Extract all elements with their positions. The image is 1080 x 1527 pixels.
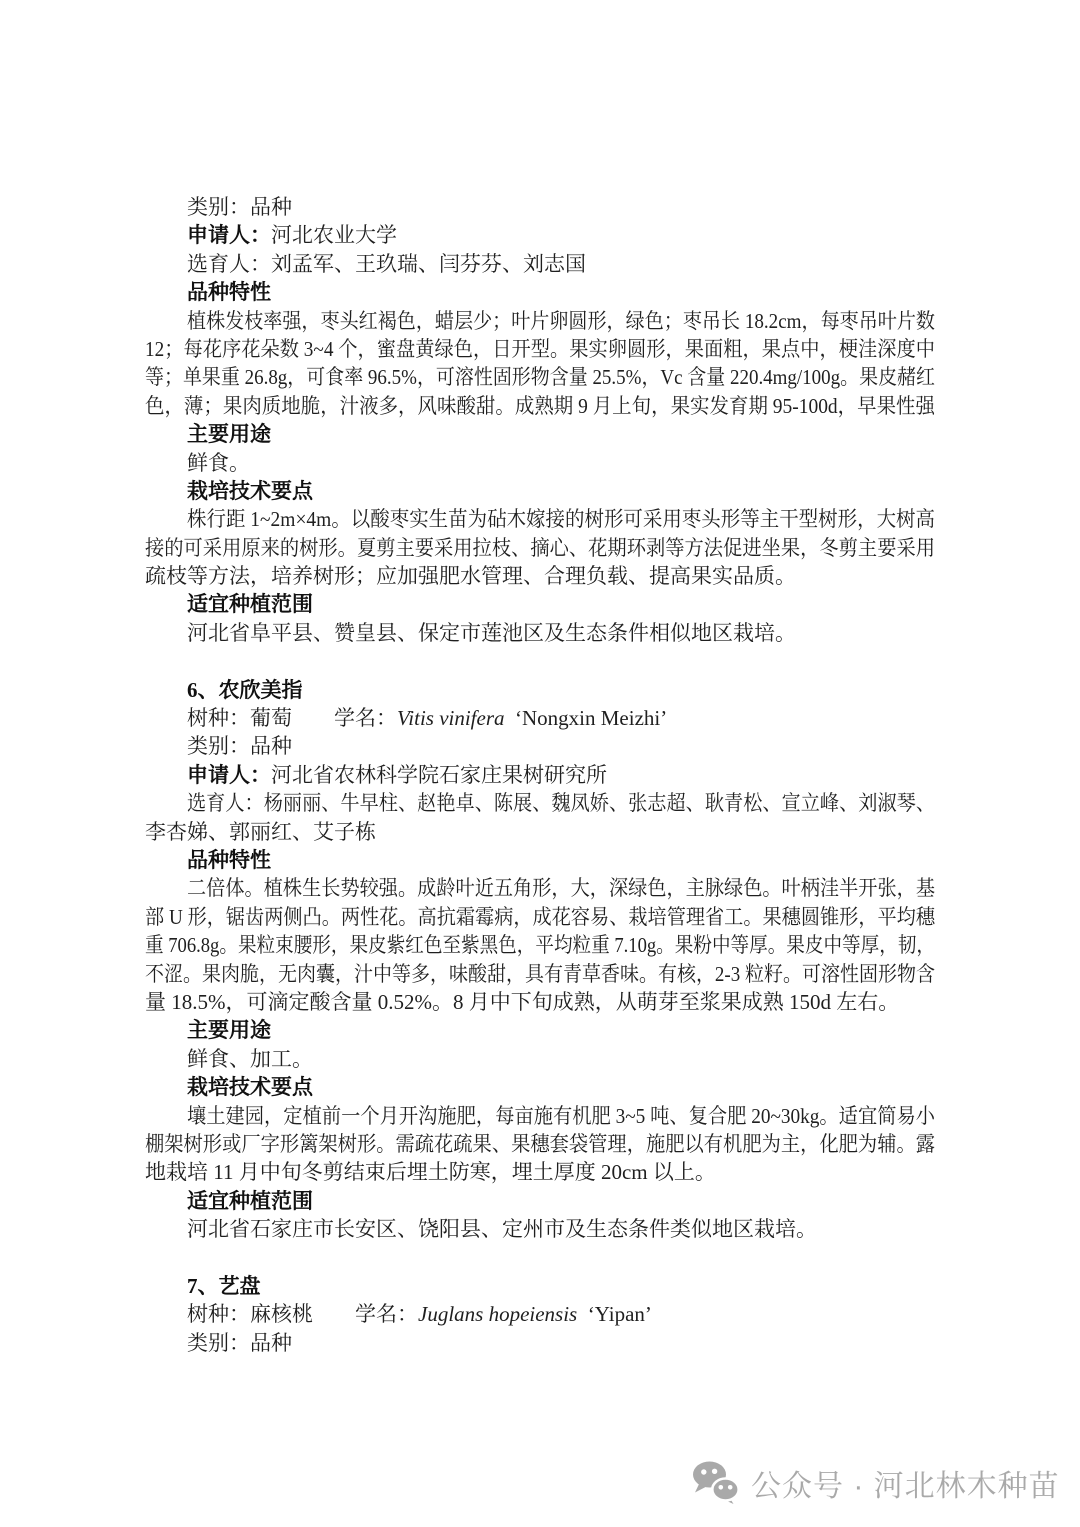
doc-line: 李杏娣、郭丽红、艾子栋 (145, 818, 935, 846)
doc-line: 选育人：刘孟军、王玖瑞、闫芬芬、刘志国 (145, 250, 935, 278)
doc-line: 河北省石家庄市长安区、饶阳县、定州市及生态条件类似地区栽培。 (145, 1215, 935, 1243)
doc-line: 选育人：杨丽丽、牛早柱、赵艳卓、陈展、魏凤娇、张志超、耿青松、宣立峰、刘淑琴、 (145, 789, 935, 817)
doc-line: 河北省阜平县、赞皇县、保定市莲池区及生态条件相似地区栽培。 (145, 619, 935, 647)
doc-line: 品种特性 (145, 846, 935, 874)
doc-line: 6、农欣美指 (145, 676, 935, 704)
document-lines: 类别：品种申请人：河北农业大学选育人：刘孟军、王玖瑞、闫芬芬、刘志国品种特性植株… (145, 193, 935, 1357)
doc-line: 疏枝等方法，培养树形；应加强肥水管理、合理负载、提高果实品质。 (145, 562, 935, 590)
doc-line: 树种：葡萄 学名：Vitis vinifera ‘Nongxin Meizhi’ (145, 704, 935, 732)
doc-line: 申请人：河北农业大学 (145, 221, 935, 249)
doc-line: 类别：品种 (145, 193, 935, 221)
doc-line: 申请人：河北省农林科学院石家庄果树研究所 (145, 761, 935, 789)
doc-line: 7、艺盘 (145, 1272, 935, 1300)
doc-line: 量 18.5%，可滴定酸含量 0.52%。8 月中下旬成熟，从萌芽至浆果成熟 1… (145, 988, 935, 1016)
doc-line: 鲜食、加工。 (145, 1045, 935, 1073)
doc-line: 等；单果重 26.8g，可食率 96.5%，可溶性固形物含量 25.5%，Vc … (145, 363, 935, 391)
doc-line: 二倍体。植株生长势较强。成龄叶近五角形，大，深绿色，主脉绿色。叶柄洼半开张，基 (145, 874, 935, 902)
doc-line: 接的可采用原来的树形。夏剪主要采用拉枝、摘心、花期环剥等方法促进坐果，冬剪主要采… (145, 534, 935, 562)
doc-line: 栽培技术要点 (145, 477, 935, 505)
doc-line: 树种：麻核桃 学名：Juglans hopeiensis ‘Yipan’ (145, 1300, 935, 1328)
page: 类别：品种申请人：河北农业大学选育人：刘孟军、王玖瑞、闫芬芬、刘志国品种特性植株… (0, 0, 1080, 1527)
doc-line: 植株发枝率强，枣头红褐色，蜡层少；叶片卵圆形，绿色；枣吊长 18.2cm，每枣吊… (145, 307, 935, 335)
watermark-text: 公众号 · 河北林木种苗 (751, 1461, 1060, 1505)
doc-line: 类别：品种 (145, 1329, 935, 1357)
doc-line: 壤土建园，定植前一个月开沟施肥，每亩施有机肥 3~5 吨、复合肥 20~30kg… (145, 1102, 935, 1130)
doc-line: 品种特性 (145, 278, 935, 306)
doc-line: 适宜种植范围 (145, 1187, 935, 1215)
watermark: 公众号 · 河北林木种苗 (692, 1458, 1060, 1508)
doc-line: 棚架树形或厂字形篱架树形。需疏花疏果、果穗套袋管理，施肥以有机肥为主，化肥为辅。… (145, 1130, 935, 1158)
doc-line: 鲜食。 (145, 449, 935, 477)
doc-line: 部 U 形，锯齿两侧凸。两性花。高抗霜霉病，成花容易、栽培管理省工。果穗圆锥形，… (145, 903, 935, 931)
doc-line: 主要用途 (145, 1016, 935, 1044)
doc-line: 不涩。果肉脆，无肉囊，汁中等多，味酸甜，具有青草香味。有核，2-3 粒籽。可溶性… (145, 960, 935, 988)
doc-line: 类别：品种 (145, 732, 935, 760)
doc-line (145, 647, 935, 675)
doc-line: 地栽培 11 月中旬冬剪结束后埋土防寒，埋土厚度 20cm 以上。 (145, 1158, 935, 1186)
doc-line: 12；每花序花朵数 3~4 个，蜜盘黄绿色，日开型。果实卵圆形，果面粗，果点中，… (145, 335, 935, 363)
doc-line: 色，薄；果肉质地脆，汁液多，风味酸甜。成熟期 9 月上旬，果实发育期 95-10… (145, 392, 935, 420)
doc-line: 重 706.8g。果粒束腰形，果皮紫红色至紫黑色，平均粒重 7.10g。果粉中等… (145, 931, 935, 959)
doc-line: 株行距 1~2m×4m。以酸枣实生苗为砧木嫁接的树形可采用枣头形等主干型树形，大… (145, 505, 935, 533)
wechat-icon (692, 1461, 740, 1505)
doc-line: 栽培技术要点 (145, 1073, 935, 1101)
doc-line: 主要用途 (145, 420, 935, 448)
doc-line: 适宜种植范围 (145, 590, 935, 618)
doc-line (145, 1243, 935, 1271)
